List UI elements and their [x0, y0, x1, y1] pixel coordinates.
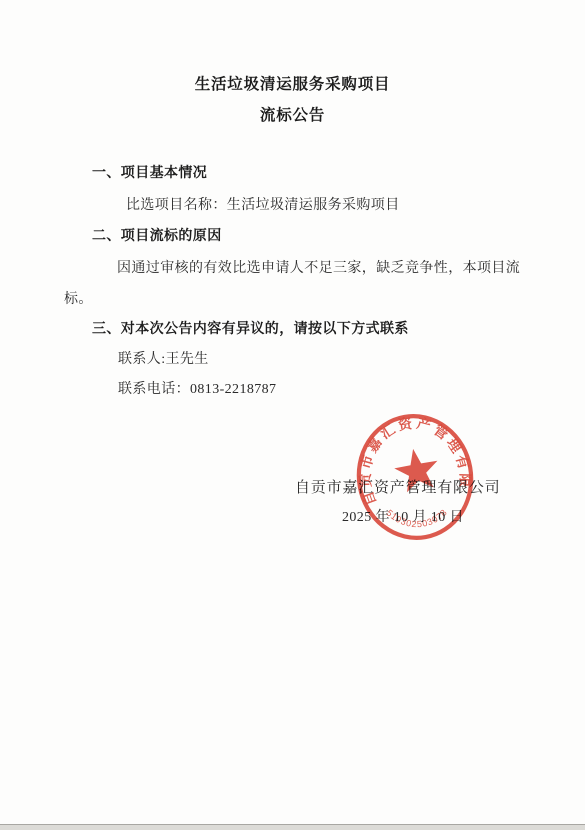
seal-serial-number: 510302503078 — [383, 498, 451, 535]
scanned-document-page: 生活垃圾清运服务采购项目 流标公告 一、项目基本情况 比选项目名称：生活垃圾清运… — [0, 0, 585, 830]
section-2-heading: 二、项目流标的原因 — [92, 228, 222, 246]
failure-reason-line2: 标。 — [64, 291, 93, 309]
document-title-line2: 流标公告 — [0, 107, 585, 125]
contact-phone-line: 联系电话：0813-2218787 — [118, 381, 276, 399]
star-icon — [392, 445, 442, 494]
section-3-heading: 三、对本次公告内容有异议的，请按以下方式联系 — [92, 321, 409, 339]
document-title-line1: 生活垃圾清运服务采购项目 — [0, 76, 585, 94]
failure-reason-line1: 因通过审核的有效比选申请人不足三家，缺乏竞争性，本项目流 — [117, 260, 520, 278]
contact-person-line: 联系人:王先生 — [118, 351, 209, 369]
company-seal: 自贡市嘉汇资产管理有限公司 510302503078 — [350, 408, 482, 550]
svg-text:510302503078: 510302503078 — [383, 498, 451, 535]
scan-page-edge — [0, 824, 585, 830]
project-name-line: 比选项目名称：生活垃圾清运服务采购项目 — [126, 197, 400, 215]
section-1-heading: 一、项目基本情况 — [92, 165, 207, 183]
